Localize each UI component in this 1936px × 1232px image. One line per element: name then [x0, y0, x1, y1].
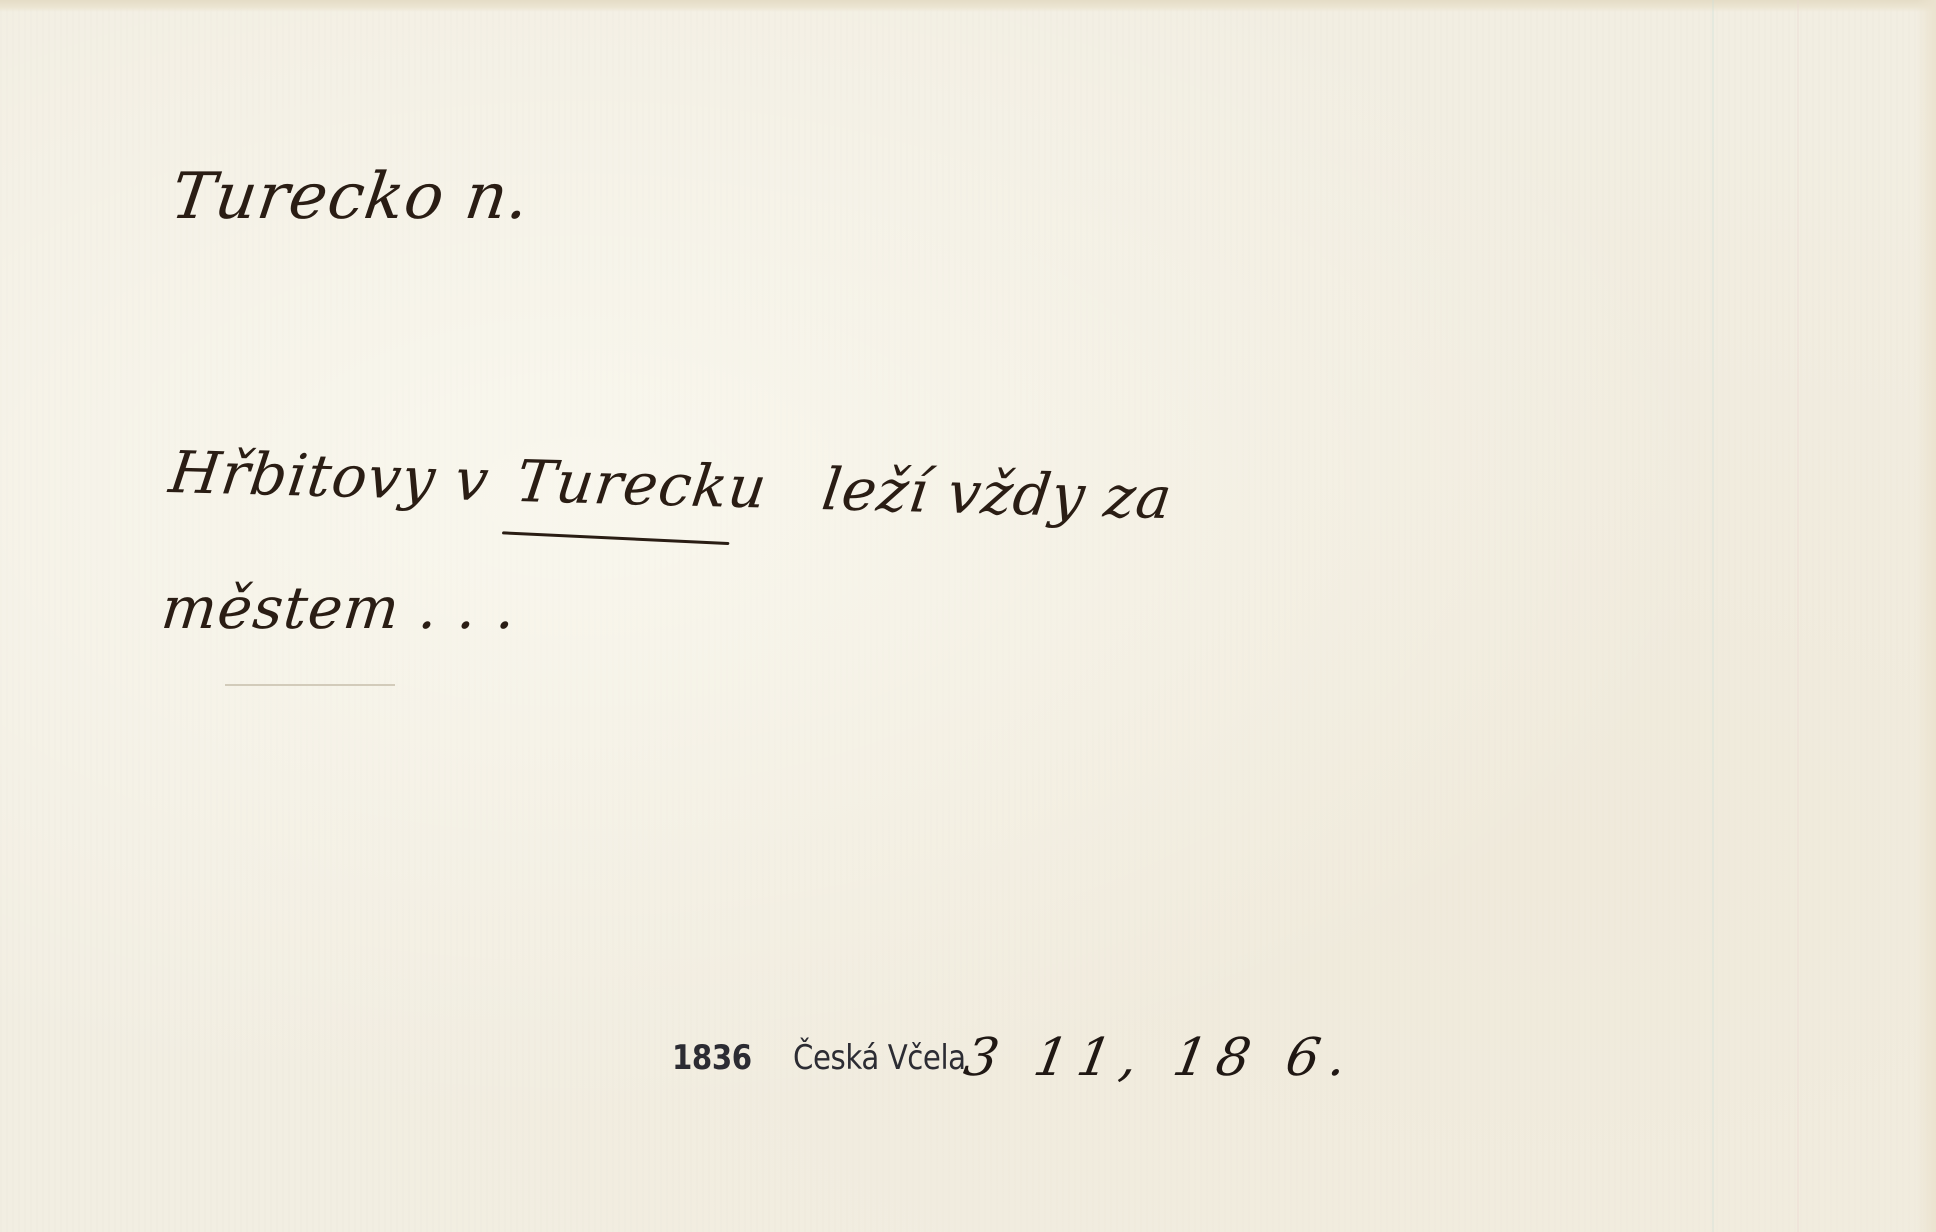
headword: Turecko n.	[167, 160, 535, 234]
card-top-edge	[0, 0, 1936, 12]
source-year-stamp: 1836	[672, 1038, 752, 1078]
example-sentence-line-1: Hřbitovy vTureckuleží vždy za	[166, 438, 1177, 532]
example-text-before: Hřbitovy v	[166, 438, 494, 514]
example-sentence-line-2: městem . . .	[158, 574, 519, 642]
source-title-stamp: Česká Včela	[793, 1038, 966, 1078]
underlined-keyword: Turecku	[512, 447, 771, 521]
paper-crease	[1712, 0, 1714, 1232]
divider-mark	[225, 684, 395, 686]
source-reference-handwritten: 3 11, 18 6.	[960, 1028, 1362, 1088]
paper-crease	[1797, 0, 1799, 1232]
card-right-edge	[1916, 0, 1936, 1232]
source-citation: 1836 Česká Včela 3 11, 18 6.	[672, 1018, 1357, 1098]
example-text-after: leží vždy za	[818, 455, 1176, 532]
index-card: Turecko n. Hřbitovy vTureckuleží vždy za…	[0, 0, 1936, 1232]
